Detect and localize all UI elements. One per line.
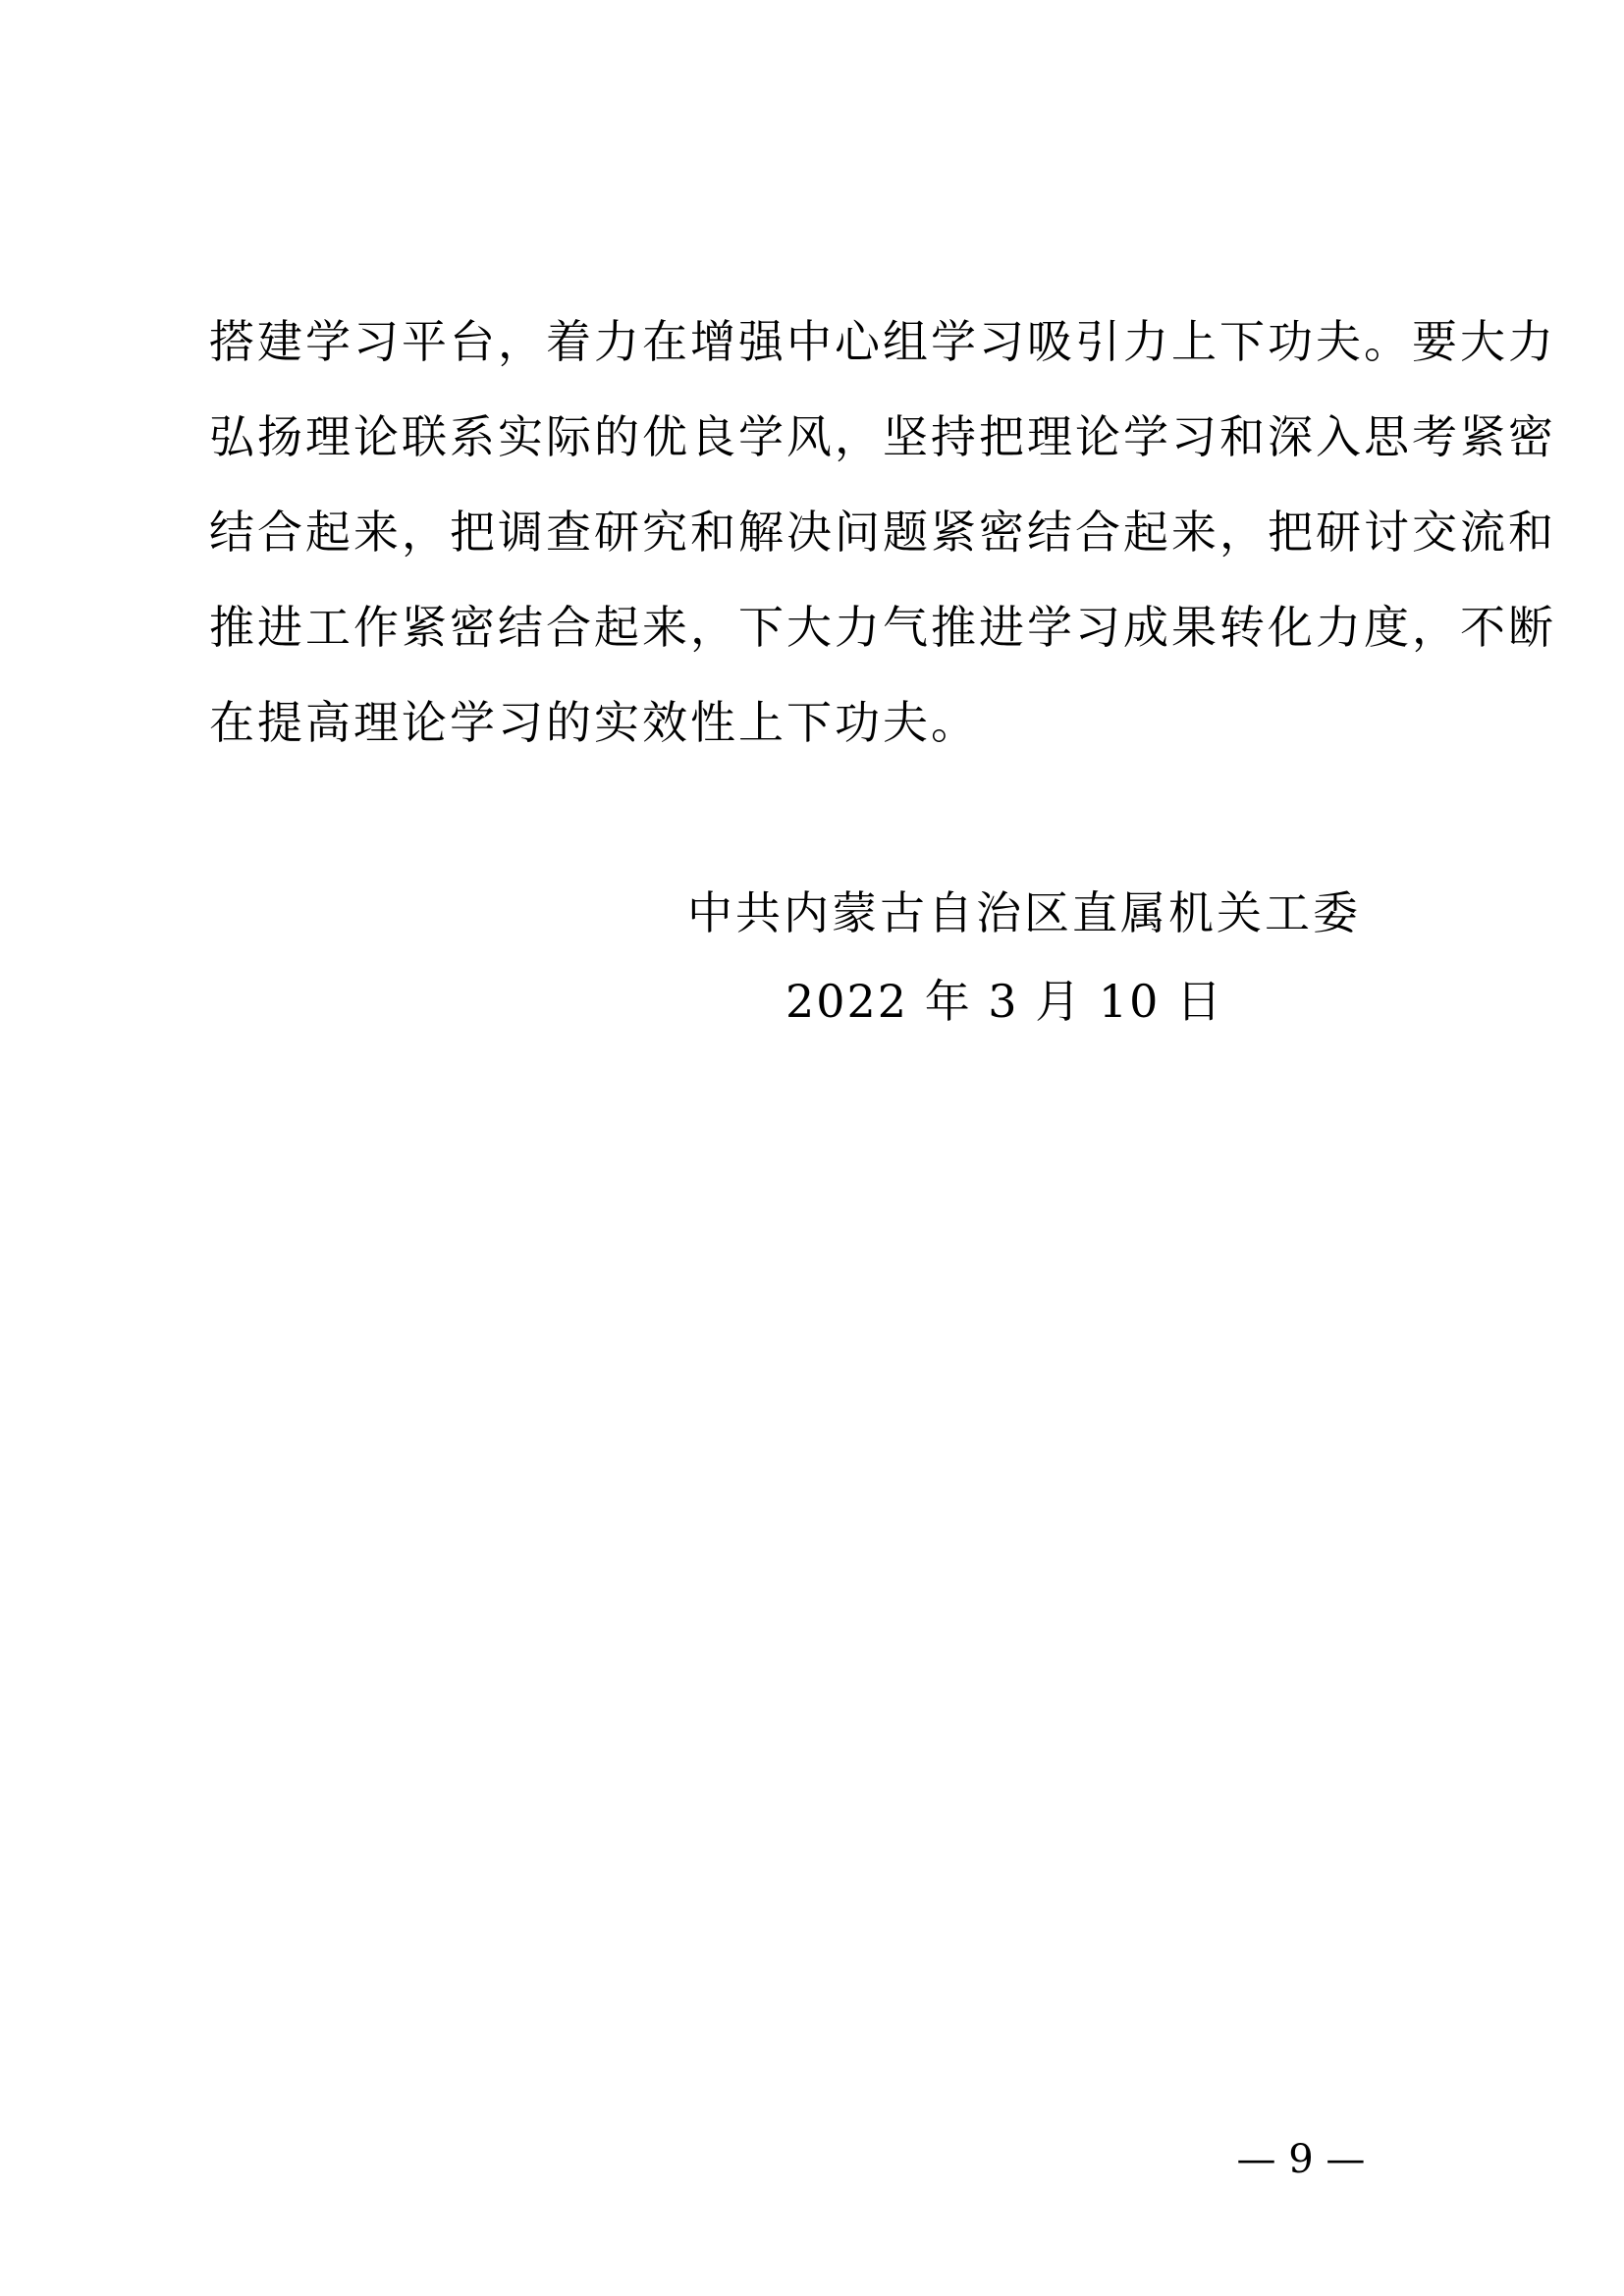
- body-line: 搭建学习平台，着力在增强中心组学习吸引力上下功夫。要大力: [209, 294, 1427, 390]
- signature-date: 2022 年 3 月 10 日: [785, 967, 1316, 1036]
- document-page: 搭建学习平台，着力在增强中心组学习吸引力上下功夫。要大力 弘扬理论联系实际的优良…: [0, 0, 1624, 2296]
- body-line: 推进工作紧密结合起来，下大力气推进学习成果转化力度，不断: [209, 580, 1427, 675]
- body-paragraph: 搭建学习平台，着力在增强中心组学习吸引力上下功夫。要大力 弘扬理论联系实际的优良…: [209, 294, 1427, 771]
- signature-block: 中共内蒙古自治区直属机关工委 2022 年 3 月 10 日: [687, 879, 1316, 1036]
- body-line: 在提高理论学习的实效性上下功夫。: [209, 675, 1427, 771]
- body-line: 结合起来，把调查研究和解决问题紧密结合起来，把研讨交流和: [209, 485, 1427, 580]
- body-line: 弘扬理论联系实际的优良学风，坚持把理论学习和深入思考紧密: [209, 390, 1427, 485]
- signature-organization: 中共内蒙古自治区直属机关工委: [687, 879, 1316, 947]
- page-number: — 9 —: [1218, 2130, 1384, 2189]
